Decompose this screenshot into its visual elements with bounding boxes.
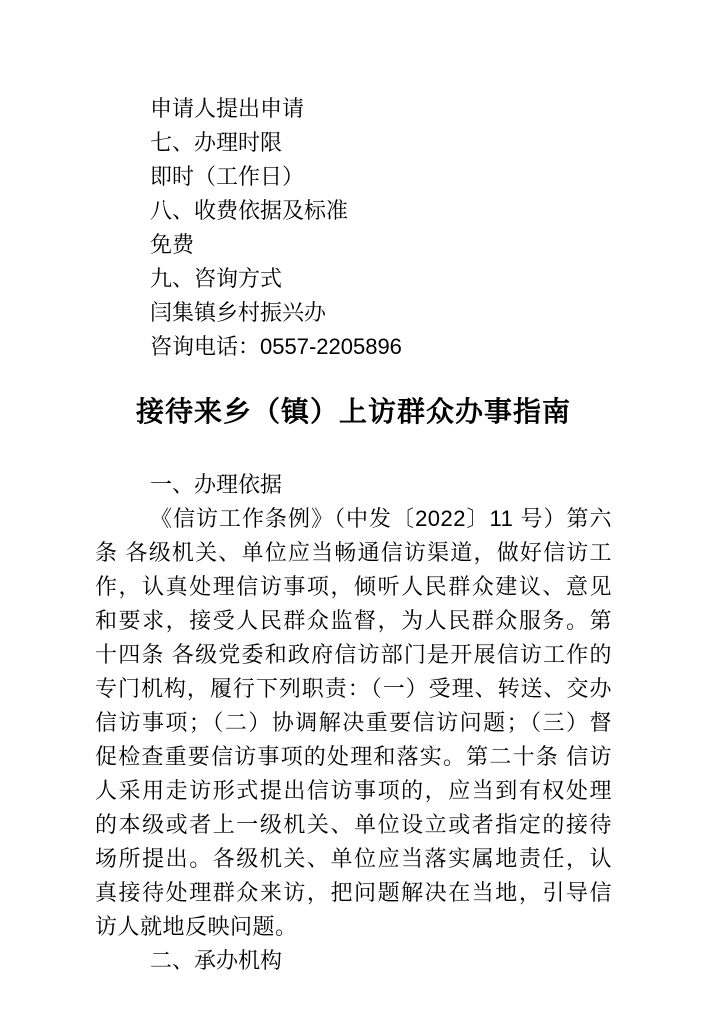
document-title: 接待来乡（镇）上访群众办事指南: [95, 390, 612, 434]
document-content: 申请人提出申请 七、办理时限 即时（工作日） 八、收费依据及标准 免费 九、咨询…: [0, 0, 715, 978]
intro-line-free: 免费: [95, 228, 612, 262]
section-one-paragraph: 《信访工作条例》（中发〔2022〕11 号）第六条 各级机关、单位应当畅通信访渠…: [95, 502, 612, 944]
intro-line-heading-9: 九、咨询方式: [95, 262, 612, 296]
intro-line-heading-7: 七、办理时限: [95, 126, 612, 160]
intro-line-office: 闫集镇乡村振兴办: [95, 296, 612, 330]
intro-line-phone: 咨询电话：0557-2205896: [95, 330, 612, 364]
section-two-heading: 二、承办机构: [95, 944, 612, 978]
intro-line-time-limit: 即时（工作日）: [95, 160, 612, 194]
section-one-heading: 一、办理依据: [95, 468, 612, 502]
intro-line-applicant: 申请人提出申请: [95, 92, 612, 126]
intro-line-heading-8: 八、收费依据及标准: [95, 194, 612, 228]
document-page: 申请人提出申请 七、办理时限 即时（工作日） 八、收费依据及标准 免费 九、咨询…: [0, 0, 715, 1011]
